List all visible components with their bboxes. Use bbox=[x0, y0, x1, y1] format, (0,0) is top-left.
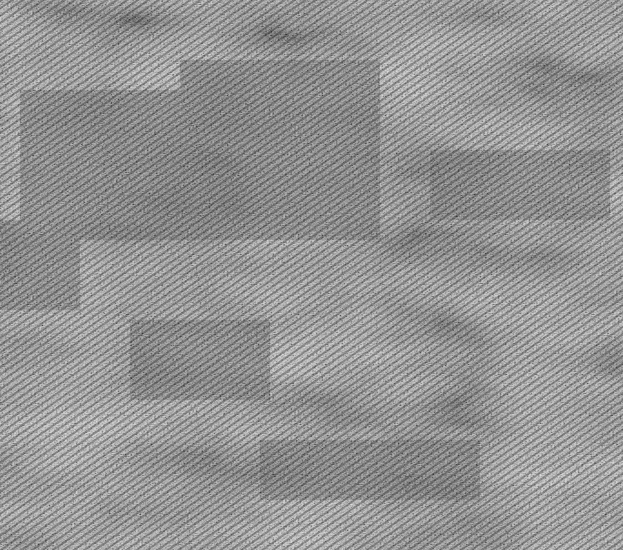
woven-texture bbox=[0, 0, 623, 550]
carpet-texture-image bbox=[0, 0, 623, 550]
